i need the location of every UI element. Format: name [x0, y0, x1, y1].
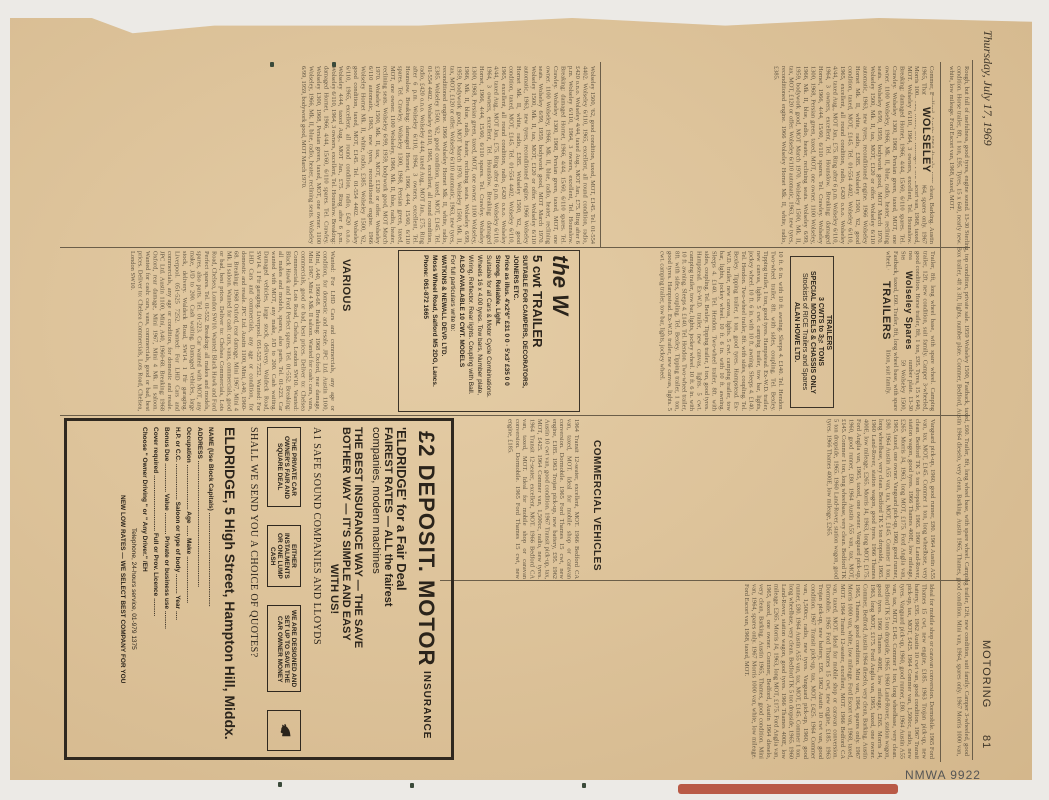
classified-column: Commer, Bedford, Austin 1964 dieselo, ve…	[605, 66, 935, 244]
column-rule	[600, 62, 601, 247]
w-trailer-address: Moss Wheel Road, Salford M5 2DG, Lancs.	[431, 255, 438, 387]
insurance-ad: £2 DEPOSIT. MOTOR INSURANCE 'ELDRIDGE' f…	[64, 418, 454, 760]
classified-column: Vanguard pick-up, 1960, good runner, £80…	[606, 419, 936, 579]
classified-column: 1964 Transit 12-seater, excellent, MOT. …	[455, 419, 580, 579]
w-trailer-prices: Price as illus. 4'x2'6" £31 0 0 · 5'x3' …	[503, 255, 510, 386]
trailers-ad-line2: SPECIAL MODELS & CHASSIS ONLY	[809, 271, 816, 394]
insurance-line2: companies, modern machines	[370, 427, 382, 751]
trailers-ad-title: TRAILERS	[825, 315, 832, 350]
classified-column: Ideal for mobile shop or caravan convers…	[455, 584, 935, 759]
w-trailer-brand: the W	[548, 255, 573, 315]
pin-mark	[278, 782, 282, 787]
insurance-form-address[interactable]: ADDRESS ................................…	[194, 427, 205, 751]
column-rule	[60, 247, 970, 248]
w-trailer-suitable: Suitable for all Cars & Motor Cycle Comb…	[467, 255, 492, 398]
insurance-form-cover[interactable]: Cover required .........................…	[150, 427, 161, 751]
insurance-form-bonus[interactable]: Bonus Due ................ Value .......…	[161, 427, 172, 751]
insurance-line4: BOTHER WAY — IT'S SIMPLE AND EASY	[340, 427, 352, 751]
insurance-feature-box: EITHER INSTALMENTS OR ONE LUMP CASH	[267, 525, 301, 587]
w-trailer-company: WATKINS & NEWALL DEVP. LTD.	[440, 255, 447, 356]
insurance-feature-box: THE PRIVATE CAR OWNER'S FAIR AND SQUARE …	[267, 427, 301, 507]
w-trailer-tagline: SUITABLE FOR CAMPERS, DECORATORS, JOINER…	[512, 255, 528, 388]
heading-wolseley-spares: Wolseley Spares	[900, 260, 914, 360]
insurance-feature-box: WE ARE DESIGNED AND SET UP TO SAVE THE C…	[267, 605, 301, 692]
w-trailer-size: 5 cwt TRAILER	[530, 255, 545, 347]
page-date: Thursday, July 17, 1969	[980, 30, 995, 270]
insurance-line3: THE BEST INSURANCE WAY — THE SAVE	[352, 427, 370, 751]
red-tape-strip	[678, 784, 898, 794]
insurance-line5: WITH US!	[328, 427, 340, 751]
insurance-companies: A1 SAFE SOUND COMPANIES AND LLOYDS	[305, 427, 328, 751]
trailers-ad: TRAILERS 3 CWTS to 3½ TONS SPECIAL MODEL…	[790, 256, 834, 408]
insurance-form-name[interactable]: NAME (Use Block Capitals) ..............…	[205, 427, 216, 751]
insurance-form-driver[interactable]: Choose " Owner Driving " or " Any Driver…	[139, 427, 150, 751]
insurance-address: ELDRIDGE, 5 High Street, Hampton Hill, M…	[216, 427, 244, 751]
insurance-form-hp[interactable]: H.P. or C.C. .................... Saloon…	[172, 427, 183, 751]
heading-various: VARIOUS	[336, 250, 352, 320]
insurance-telephone: Telephone, 24-hours service, 01-979 1375	[128, 427, 139, 751]
insurance-line1: FAIREST RATES — ALL the fairest	[382, 427, 394, 751]
w-trailer-details: For full particulars write to:	[449, 255, 456, 331]
knight-logo-icon: ♞	[267, 710, 301, 751]
header-rule	[972, 60, 973, 760]
classified-column: Wanted: For LHD Cars and commercials, an…	[66, 251, 336, 411]
insurance-footer: NEW LOW RATES — WE SELECT BEST COMPANY F…	[117, 427, 128, 751]
trailers-ad-line1: 3 CWTS to 3½ TONS	[817, 297, 824, 366]
w-trailer-phone: Phone: 061-872 1665	[422, 255, 429, 319]
column-rule	[60, 415, 970, 416]
classified-column: 10 ft. 6 in. with 10 ft. awning. Sleeps …	[584, 251, 784, 411]
classified-column: Wolseley 1500, '62, good condition, taxe…	[66, 66, 596, 244]
heading-trailers: TRAILERS	[876, 270, 892, 350]
heading-commercial-vehicles: COMMERCIAL VEHICLES	[586, 430, 602, 580]
column-rule	[440, 580, 970, 581]
heading-wolseley: WOLSELEY	[916, 95, 932, 185]
trailers-ad-line3: Stockists of RICE Trailers and Spares	[801, 273, 808, 390]
pin-mark	[582, 783, 586, 788]
w-trailer-ad: the W 5 cwt TRAILER SUITABLE FOR CAMPERS…	[398, 250, 580, 412]
section-title: MOTORING	[980, 640, 992, 730]
insurance-question: SHALL WE SEND YOU A CHOICE OF QUOTES?	[244, 427, 263, 751]
insurance-headline-small: INSURANCE	[421, 671, 432, 739]
classified-column: Rough, but full of usefulness, good tyre…	[944, 66, 970, 756]
insurance-subhead: 'ELDRIDGE' for a Fair Deal	[394, 427, 413, 751]
insurance-form-occupation[interactable]: Occupation ......................... Age…	[183, 427, 194, 751]
trailers-ad-company: ALAN HOWE LTD.	[793, 302, 800, 362]
w-trailer-also: ALSO AVAILABLE 10 CWT. MODELS	[458, 255, 465, 367]
w-trailer-features: Strong. Reliable. Light.	[494, 255, 501, 326]
archive-stamp: NMWA 9922	[905, 768, 981, 782]
page-number: 81	[980, 735, 992, 765]
insurance-headline: £2 DEPOSIT. MOTOR	[414, 431, 439, 666]
pin-mark	[410, 783, 414, 788]
column-rule	[940, 62, 941, 762]
